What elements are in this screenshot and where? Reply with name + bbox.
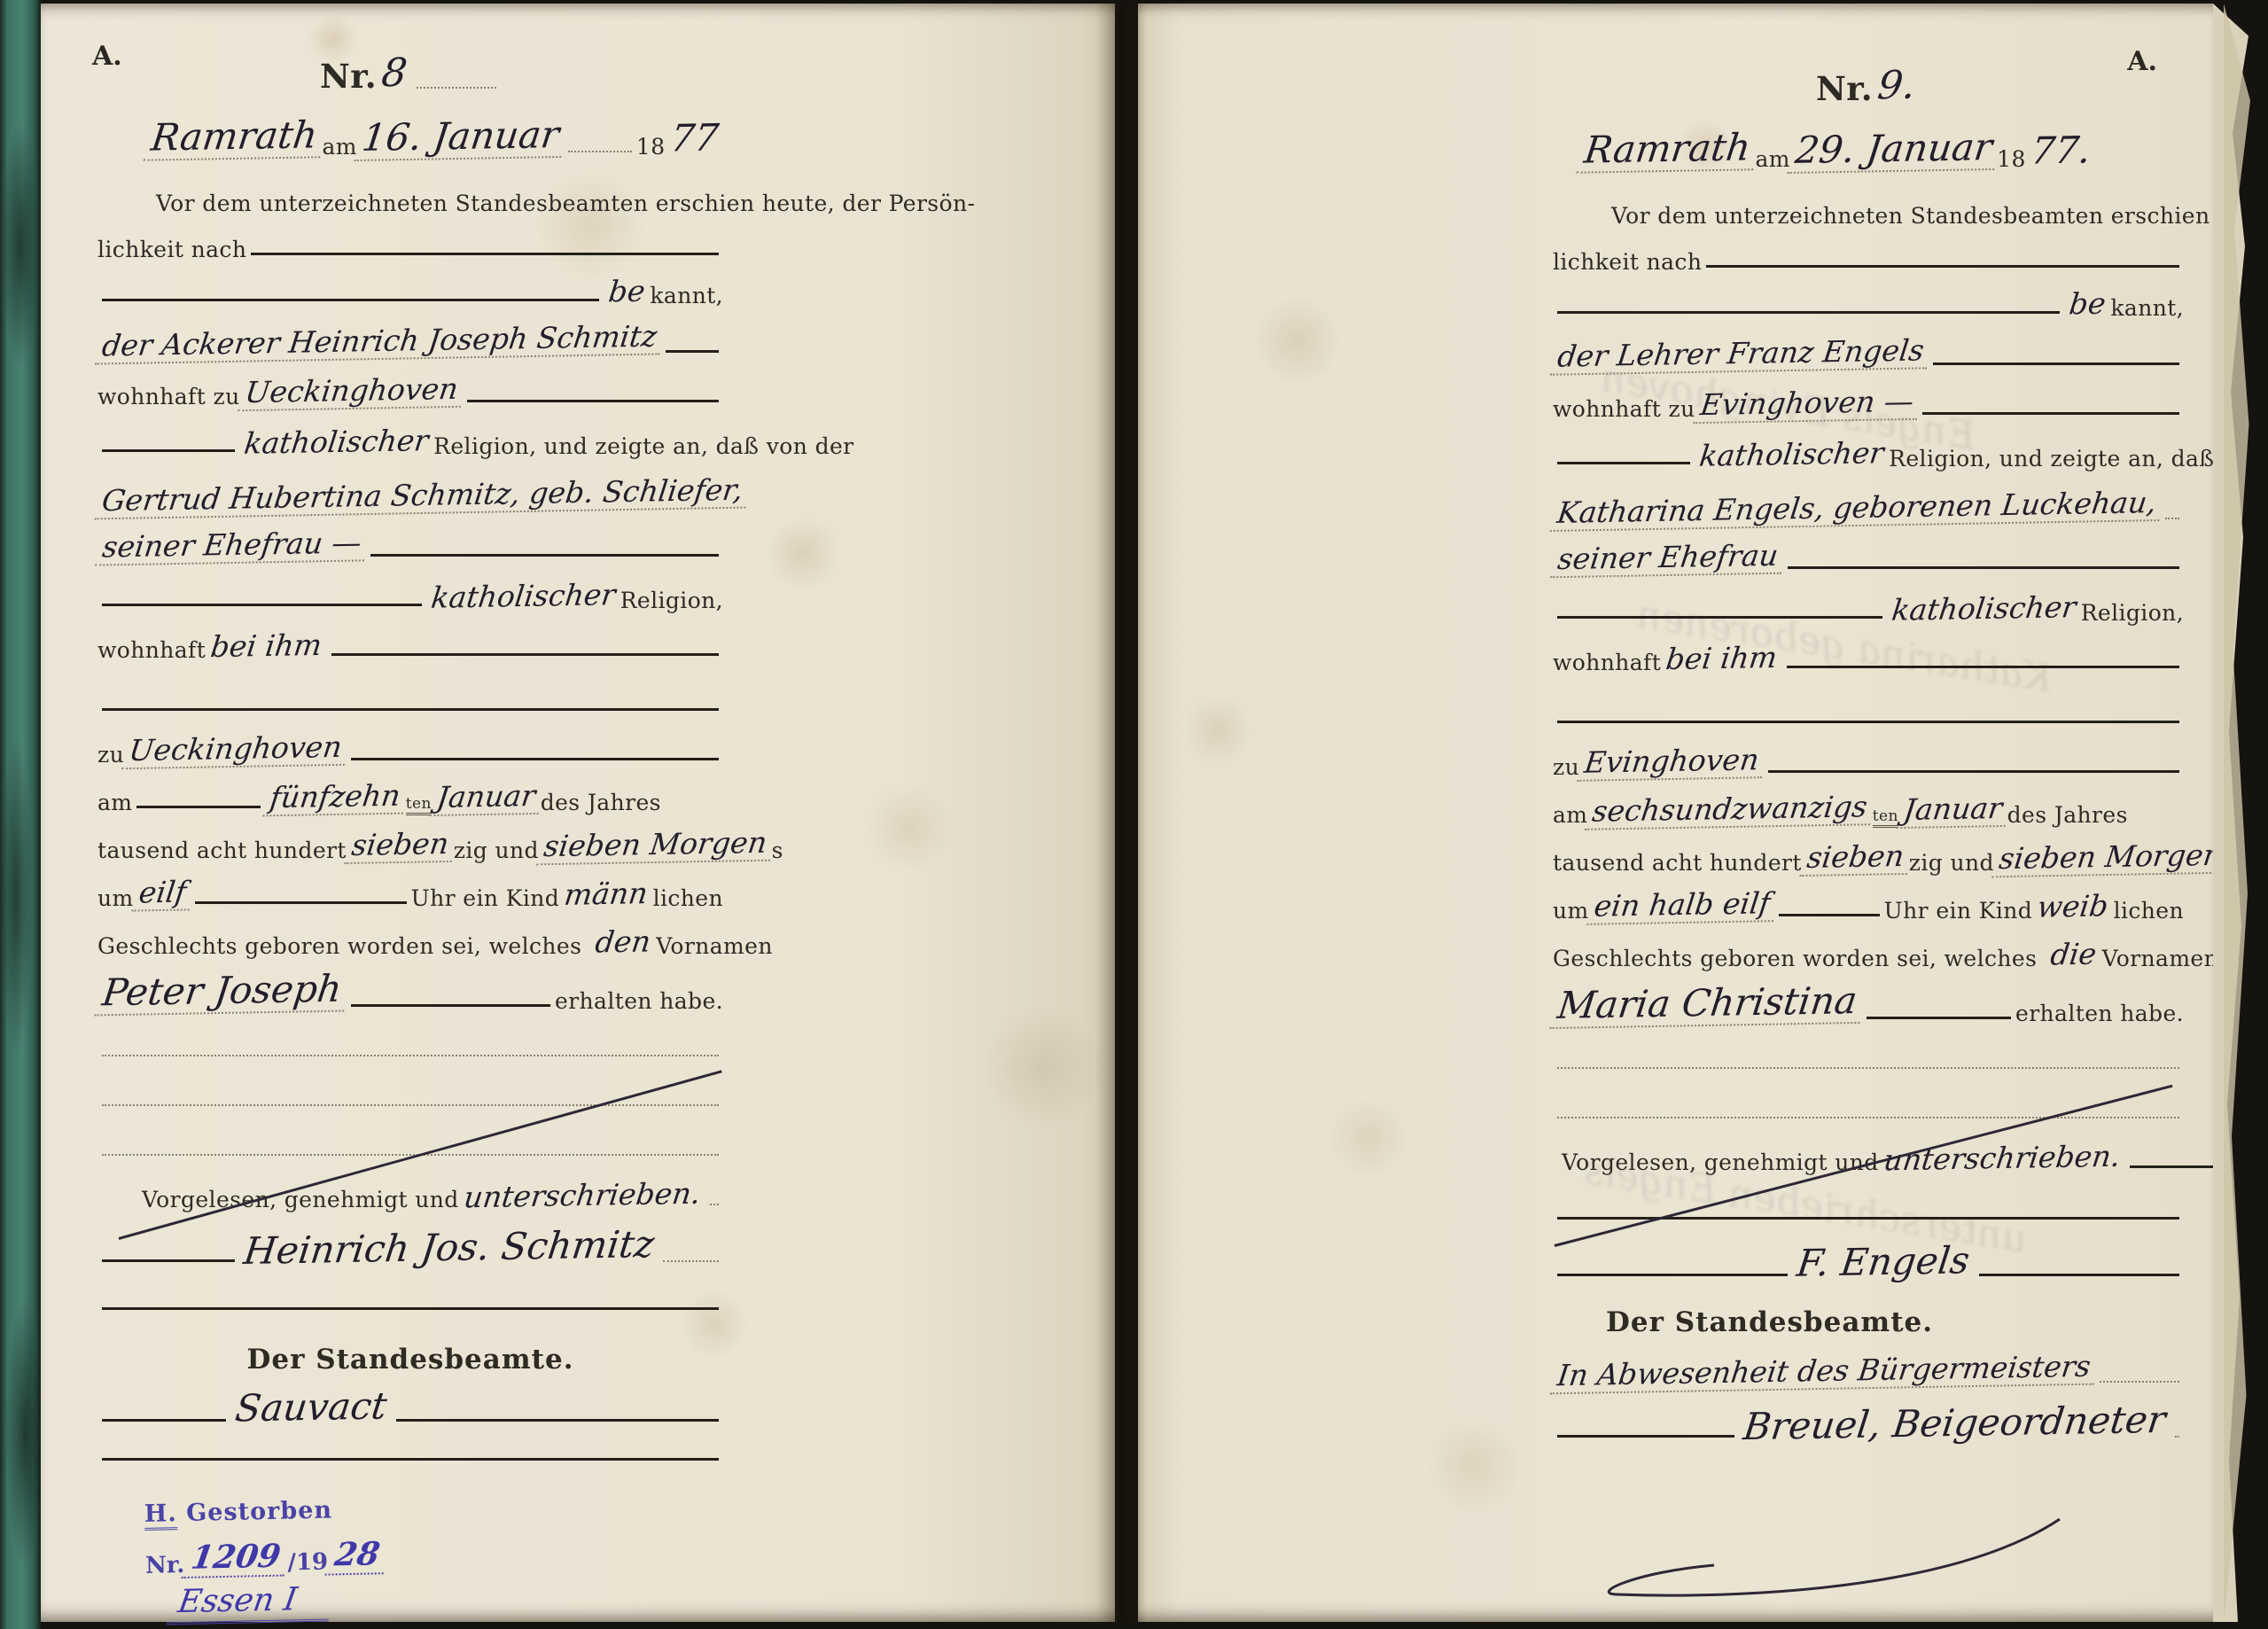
registrar-signature-row: Sauvact (97, 1376, 723, 1429)
birthplace-row: zu Ueckinghoven (97, 718, 723, 768)
vornamen-label: Vornamen (656, 933, 773, 959)
blank-line (102, 1245, 235, 1262)
blank-line (2100, 1367, 2179, 1383)
book-gutter-shadow (1095, 4, 1147, 1622)
blank-line (396, 1405, 719, 1422)
registration-place: Ramrath (1577, 125, 1758, 173)
blank-line (102, 1444, 719, 1461)
spacer-line-row (97, 1269, 723, 1317)
religion-value: katholischer (1692, 435, 1890, 473)
blank-line (710, 1189, 719, 1205)
geschlechts-label: Geschlechts geboren worden sei, welches (1553, 946, 2037, 971)
stamp-word: Gestorben (186, 1496, 332, 1526)
stamp-office-line: Essen I (169, 1579, 388, 1625)
article-value: den (588, 924, 659, 959)
lichkeit-label: lichkeit nach (97, 237, 246, 262)
birthyear-row: tausend acht hundert sieben zig und sieb… (1553, 828, 2184, 876)
spacer-line-row (97, 1429, 723, 1468)
child-name-row: Peter Joseph erhalten habe. (97, 959, 723, 1014)
residence-value: Evinghoven — (1693, 384, 1921, 424)
book-cover-edge (0, 0, 41, 1629)
year-printed: 18 (636, 134, 666, 160)
zu-label: zu (1553, 754, 1579, 780)
blank-line (568, 136, 632, 152)
declarant-signature: F. Engels (1789, 1238, 1977, 1285)
kannt-label: kannt, (650, 283, 723, 308)
blank-line (102, 284, 599, 301)
right-page-record-9: A. Engels Evinghoven Katharina geborenen… (1138, 4, 2216, 1622)
geschlechts-label: Geschlechts geboren worden sei, welches (97, 933, 581, 959)
religion-label: Religion, (2081, 600, 2184, 626)
blank-line (467, 386, 719, 402)
mother-name: Gertrud Hubertina Schmitz, geb. Schliefe… (95, 472, 751, 520)
mother-residence-row: wohnhaft bei ihm (97, 613, 723, 663)
child-name: Maria Christina (1549, 978, 1865, 1029)
tausend-label: tausend acht hundert (97, 838, 347, 863)
birth-hour-row: um ein halb eilf Uhr ein Kind weib liche… (1553, 876, 2184, 924)
mother-row: Gertrud Hubertina Schmitz, geb. Schliefe… (97, 459, 723, 514)
vorgelesen-label: Vorgelesen, genehmigt und (142, 1187, 459, 1212)
des-jahres-label: des Jahres (2007, 802, 2128, 828)
am-label: am (1553, 802, 1587, 828)
declarant-signature-row: Heinrich Jos. Schmitz (97, 1212, 723, 1269)
blank-line (1867, 1002, 2011, 1019)
intro-text: Vor dem unterzeichneten Standesbeamten e… (156, 191, 975, 216)
registration-date: 16. Januar (355, 113, 567, 161)
place-date-row: Ramrath am 29. Januar 18 77. (1553, 108, 2184, 172)
mother-name: Katharina Engels, geborenen Luckehau, (1550, 485, 2164, 532)
religion-value: katholischer (237, 423, 435, 461)
scanned-civil-register-spread: A. Nr. 8 Ramrath am 16. Januar 18 77 Vor… (0, 0, 2268, 1629)
lichen-label: lichen (653, 885, 723, 911)
blank-line (1557, 1421, 1734, 1438)
stamp-office-value: Essen I (166, 1580, 334, 1625)
am-label: am (1756, 146, 1790, 172)
left-form: Nr. 8 Ramrath am 16. Januar 18 77 Vor de… (97, 27, 723, 1468)
blank-line (102, 435, 235, 452)
ten-suffix: ten (406, 795, 432, 815)
residence-row: wohnhaft zu Evinghoven — (1553, 372, 2184, 422)
bei-ihm-value: bei ihm (204, 627, 330, 664)
wohnhaft-zu-label: wohnhaft zu (97, 384, 240, 409)
stamp-year-printed: /19 (287, 1549, 328, 1577)
nr-label: Nr. (1816, 69, 1873, 108)
decade-value: sieben (344, 826, 456, 864)
spacer-line-row (1553, 675, 2184, 730)
tausend-label: tausend acht hundert (1553, 850, 1802, 876)
place-date-row: Ramrath am 16. Januar 18 77 (97, 96, 723, 160)
birthplace-value: Evinghoven (1577, 742, 1766, 782)
empty-ruled-row (97, 1064, 723, 1113)
blank-line (102, 1405, 226, 1422)
lichen-label: lichen (2114, 898, 2184, 924)
intro-row: Vor dem unterzeichneten Standesbeamten e… (97, 160, 723, 216)
birthdate-row: am sechsundzwanzigs ten Januar des Jahre… (1553, 780, 2184, 828)
zig-und-label: zig und (1909, 850, 1994, 876)
standesbeamte-heading-row: Der Standesbeamte. (1553, 1283, 2184, 1338)
religion-row: katholischer Religion, und zeigte an, da… (1553, 422, 2184, 472)
blank-line (666, 336, 719, 353)
birthdate-row: am fünfzehn ten Januar des Jahres (97, 768, 723, 815)
wife-value: seiner Ehefrau (1550, 538, 1786, 579)
blank-line (1787, 651, 2179, 668)
blank-line (1557, 706, 2179, 723)
stamp-prefix: H. (144, 1500, 178, 1531)
right-form: Nr. 9. Ramrath am 29. Januar 18 77. Vor … (1553, 39, 2184, 1445)
bekannt-row: be kannt, (1553, 275, 2184, 321)
article-value: die (2044, 936, 2104, 971)
blank-line (1788, 552, 2179, 569)
mother-row: Katharina Engels, geborenen Luckehau, (1553, 472, 2184, 526)
blank-line (1979, 1259, 2179, 1276)
child-name: Peter Joseph (95, 967, 350, 1017)
blank-line (1557, 297, 2060, 314)
wife-row: seiner Ehefrau (1553, 526, 2184, 576)
registrar-signature: Breuel, Beigeordneter (1735, 1398, 2173, 1448)
wife-value: seiner Ehefrau — (95, 525, 369, 565)
stamp-number-line: Nr. 1209 /19 28 (144, 1535, 386, 1579)
blank-line (351, 744, 719, 760)
vornamen-label: Vornamen (2102, 946, 2219, 971)
bekannt-prefix-handwritten: be (2061, 286, 2113, 322)
blank-line (370, 540, 719, 557)
wohnhaft-label: wohnhaft (1553, 650, 1661, 675)
birth-hour-row: um eilf Uhr ein Kind männ lichen (97, 863, 723, 911)
wohnhaft-label: wohnhaft (97, 637, 206, 663)
registration-place: Ramrath (144, 113, 325, 160)
ones-time-value: sieben Morgen (1991, 838, 2229, 878)
empty-ruled-row (97, 1014, 723, 1064)
geschlecht-row: Geschlechts geboren worden sei, welches … (1553, 924, 2184, 971)
s-suffix: s (772, 838, 783, 863)
birth-day-value: sechsundzwanzigs (1586, 789, 1875, 830)
stamp-number-value: 1209 (182, 1537, 291, 1578)
hour-value: ein halb eilf (1586, 885, 1777, 925)
blank-line (102, 1293, 719, 1310)
declarant-signature-row: F. Engels (1553, 1227, 2184, 1283)
birthyear-row: tausend acht hundert sieben zig und sieb… (97, 815, 723, 863)
blank-line (251, 238, 719, 255)
blank-line (351, 990, 550, 1007)
erhalten-habe-label: erhalten habe. (2015, 1001, 2184, 1026)
religion-label: Religion, (620, 588, 723, 613)
zig-und-label: zig und (454, 838, 539, 863)
stamp-line-gestorben: H. Gestorben (144, 1495, 386, 1528)
religion-label: Religion, und zeigte an, daß von der (1889, 446, 2268, 472)
blank-line (1557, 448, 1690, 464)
vorgelesen-label: Vorgelesen, genehmigt und (1562, 1150, 1879, 1175)
uhr-ein-kind-label: Uhr ein Kind (411, 885, 559, 911)
registrar-signature-row: Breuel, Beigeordneter (1553, 1390, 2184, 1445)
birth-month-value: Januar (429, 778, 542, 816)
mother-residence-row: wohnhaft bei ihm (1553, 626, 2184, 675)
bekannt-prefix-handwritten: be (601, 274, 652, 309)
declarant-name: der Ackerer Heinrich Joseph Schmitz (95, 318, 665, 364)
blank-line (136, 791, 261, 808)
declarant-signature: Heinrich Jos. Schmitz (236, 1222, 662, 1273)
blank-line (1557, 602, 1882, 619)
intro-row: Vor dem unterzeichneten Standesbeamten e… (1553, 172, 2184, 229)
um-label: um (97, 885, 134, 911)
lichkeit-label: lichkeit nach (1553, 249, 1702, 275)
standesbeamte-heading: Der Standesbeamte. (1606, 1306, 1933, 1338)
vorgelesen-row: Vorgelesen, genehmigt und unterschrieben… (1553, 1126, 2184, 1175)
blank-line (1557, 1053, 2179, 1069)
torn-page-edges (2213, 4, 2268, 1622)
blank-line (1557, 1103, 2179, 1118)
geschlecht-row: Geschlechts geboren worden sei, welches … (97, 911, 723, 959)
um-label: um (1553, 898, 1589, 924)
religion-row: katholischer Religion, und zeigte an, da… (97, 409, 723, 459)
stamp-nr-label: Nr. (145, 1552, 185, 1579)
mother-religion-row: katholischer Religion, (97, 564, 723, 613)
blank-line (102, 589, 422, 606)
blank-line (102, 694, 719, 711)
registration-date: 29. Januar (1788, 125, 2000, 174)
registrar-absence-row: In Abwesenheit des Bürgermeisters (1553, 1338, 2184, 1390)
gender-value: weib (2030, 888, 2116, 924)
standesbeamte-heading: Der Standesbeamte. (246, 1344, 573, 1376)
identity-row: lichkeit nach (97, 216, 723, 262)
birth-month-value: Januar (1896, 791, 2009, 829)
blank-line (1922, 398, 2179, 415)
record-number-row: Nr. 8 (97, 27, 723, 96)
birth-day-value: fünfzehn (263, 778, 409, 817)
spacer-line-row (1553, 1175, 2184, 1227)
identity-row: lichkeit nach (1553, 229, 2184, 275)
intro-text: Vor dem unterzeichneten Standesbeamten e… (1611, 203, 2268, 229)
residence-row: wohnhaft zu Ueckinghoven (97, 360, 723, 409)
year-printed: 18 (1997, 146, 2026, 172)
record-number-row: Nr. 9. (1553, 39, 2184, 108)
wife-row: seiner Ehefrau — (97, 514, 723, 564)
gender-value: männ (557, 876, 656, 912)
am-label: am (97, 790, 132, 815)
left-page-record-8: A. Nr. 8 Ramrath am 16. Januar 18 77 Vor… (41, 4, 1115, 1622)
spacer-line-row (97, 663, 723, 718)
unterschrieben-value: unterschrieben. (1876, 1139, 2127, 1178)
blank-line (2165, 503, 2179, 519)
empty-ruled-row (1553, 1026, 2184, 1076)
year-written: 77. (2023, 128, 2099, 172)
hour-value: eilf (131, 874, 193, 911)
declarant-name: der Lehrer Franz Engels (1550, 332, 1931, 375)
death-reference-stamp: H. Gestorben Nr. 1209 /19 28 Essen I (144, 1495, 388, 1625)
mother-religion-value: katholischer (424, 577, 622, 615)
declarant-row: der Lehrer Franz Engels (1553, 321, 2184, 372)
zu-label: zu (97, 742, 124, 768)
religion-label: Religion, und zeigte an, daß von der (433, 433, 853, 459)
child-name-row: Maria Christina erhalten habe. (1553, 971, 2184, 1026)
bei-ihm-value: bei ihm (1659, 640, 1785, 676)
erhalten-habe-label: erhalten habe. (555, 988, 723, 1014)
ones-time-value: sieben Morgen (536, 825, 774, 866)
absence-note: In Abwesenheit des Bürgermeisters (1550, 1349, 2098, 1395)
standesbeamte-heading-row: Der Standesbeamte. (97, 1317, 723, 1376)
am-label: am (323, 134, 357, 160)
ten-suffix: ten (1873, 807, 1898, 828)
mother-religion-value: katholischer (1884, 589, 2083, 627)
blank-line (331, 639, 719, 656)
blank-line (663, 1246, 719, 1262)
blank-line (2175, 1422, 2179, 1438)
birthplace-value: Ueckinghoven (121, 729, 349, 769)
record-number: 9. (1870, 63, 1923, 109)
wohnhaft-zu-label: wohnhaft zu (1553, 396, 1695, 422)
uhr-ein-kind-label: Uhr ein Kind (1884, 898, 2032, 924)
blank-line (195, 887, 406, 904)
unterschrieben-value: unterschrieben. (456, 1176, 707, 1215)
nr-label: Nr. (320, 57, 377, 96)
blank-line (102, 1140, 719, 1156)
registrar-signature: Sauvact (228, 1383, 394, 1430)
blank-line (1557, 1203, 2179, 1220)
bekannt-row: be kannt, (97, 262, 723, 308)
vorgelesen-row: Vorgelesen, genehmigt und unterschrieben… (97, 1163, 723, 1212)
blank-line (417, 73, 496, 89)
residence-value: Ueckinghoven (238, 371, 465, 411)
signature-flourish (1581, 1510, 2077, 1608)
blank-line (102, 1041, 719, 1056)
blank-line (1933, 348, 2179, 365)
des-jahres-label: des Jahres (541, 790, 661, 815)
blank-line (1706, 251, 2179, 268)
declarant-row: der Ackerer Heinrich Joseph Schmitz (97, 308, 723, 360)
blank-line (1557, 1259, 1788, 1276)
blank-line (1768, 756, 2179, 773)
mother-religion-row: katholischer Religion, (1553, 576, 2184, 626)
year-written: 77 (662, 115, 726, 160)
kannt-label: kannt, (2110, 295, 2184, 321)
decade-value: sieben (1799, 838, 1911, 877)
stamp-year-value: 28 (325, 1535, 390, 1576)
record-number: 8 (374, 51, 415, 97)
blank-line (1779, 900, 1879, 916)
empty-ruled-row (1553, 1076, 2184, 1126)
birthplace-row: zu Evinghoven (1553, 730, 2184, 780)
